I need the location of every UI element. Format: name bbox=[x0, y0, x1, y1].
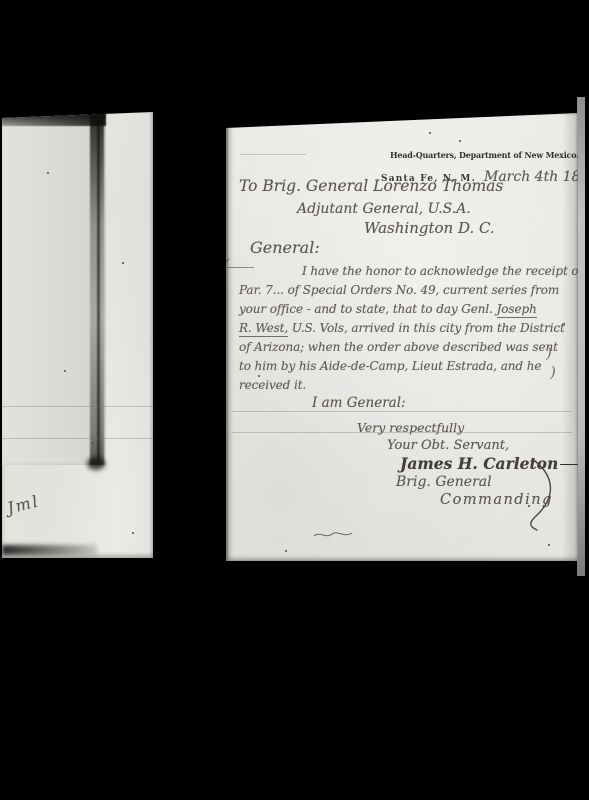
paper-speck bbox=[388, 205, 390, 207]
crease-line bbox=[232, 411, 572, 412]
paper-speck bbox=[528, 505, 530, 507]
paper-speck bbox=[132, 532, 134, 534]
body-line: to him by his Aide-de-Camp, Lieut Estrad… bbox=[239, 359, 541, 373]
body-line: of Arizona; when the order above describ… bbox=[239, 340, 558, 354]
body-line: Par. 7... of Special Orders No. 49, curr… bbox=[239, 283, 559, 297]
signature-rank: Brig. General bbox=[396, 474, 492, 490]
ink-smudge bbox=[87, 457, 105, 470]
underlined-name: R. West, bbox=[239, 321, 288, 337]
pen-hook: ) bbox=[550, 363, 556, 381]
body-line: your office - and to state, that to day … bbox=[239, 302, 537, 316]
pen-hook: ) bbox=[546, 344, 552, 362]
paper-speck bbox=[548, 544, 550, 546]
paper-speck bbox=[92, 442, 94, 444]
paper-speck bbox=[285, 550, 287, 552]
page-edge-line bbox=[97, 122, 100, 461]
body-line: received it. bbox=[239, 378, 306, 392]
signature-flourish-bracket bbox=[524, 457, 566, 537]
paper-speck bbox=[47, 172, 49, 174]
crease-line bbox=[228, 267, 254, 268]
adjacent-page-edge bbox=[577, 97, 585, 576]
pencil-margin-note: Jml bbox=[5, 491, 41, 517]
crease-line bbox=[2, 406, 153, 407]
left-page-fragment: Jml bbox=[2, 112, 153, 558]
address-line: Adjutant General, U.S.A. bbox=[297, 201, 471, 217]
paper-speck bbox=[429, 132, 431, 134]
paper-speck bbox=[258, 375, 260, 377]
address-line: To Brig. General Lorenzo Thomas bbox=[239, 177, 503, 195]
body-text: U.S. Vols, arrived in this city from the… bbox=[288, 321, 565, 335]
printed-letterhead: Head-Quarters, Department of New Mexico. bbox=[390, 150, 550, 160]
paper-speck bbox=[563, 323, 565, 325]
closing-line: Your Obt. Servant, bbox=[387, 438, 509, 453]
address-line: Washington D. C. bbox=[364, 219, 495, 237]
crease-line bbox=[2, 438, 153, 439]
document-scan-viewer: Jml Head-Quarters, Department of New Mex… bbox=[0, 0, 589, 800]
letter-page: Head-Quarters, Department of New Mexico.… bbox=[226, 113, 578, 561]
overlapping-page-corner bbox=[2, 112, 106, 465]
underlined-name: Joseph bbox=[497, 302, 537, 318]
body-line: I have the honor to acknowledge the rece… bbox=[302, 264, 583, 278]
crease-line bbox=[240, 154, 306, 155]
closing-line: I am General: bbox=[312, 395, 406, 411]
body-line: R. West, U.S. Vols, arrived in this city… bbox=[239, 321, 565, 335]
paper-speck bbox=[459, 140, 461, 142]
body-text: your office - and to state, that to day … bbox=[239, 302, 497, 316]
pen-flourish bbox=[312, 525, 354, 544]
ink-smudge bbox=[2, 545, 97, 555]
paper-speck bbox=[64, 370, 66, 372]
salutation: General: bbox=[250, 238, 320, 257]
paper-speck bbox=[122, 262, 124, 264]
crease-line bbox=[232, 432, 572, 433]
